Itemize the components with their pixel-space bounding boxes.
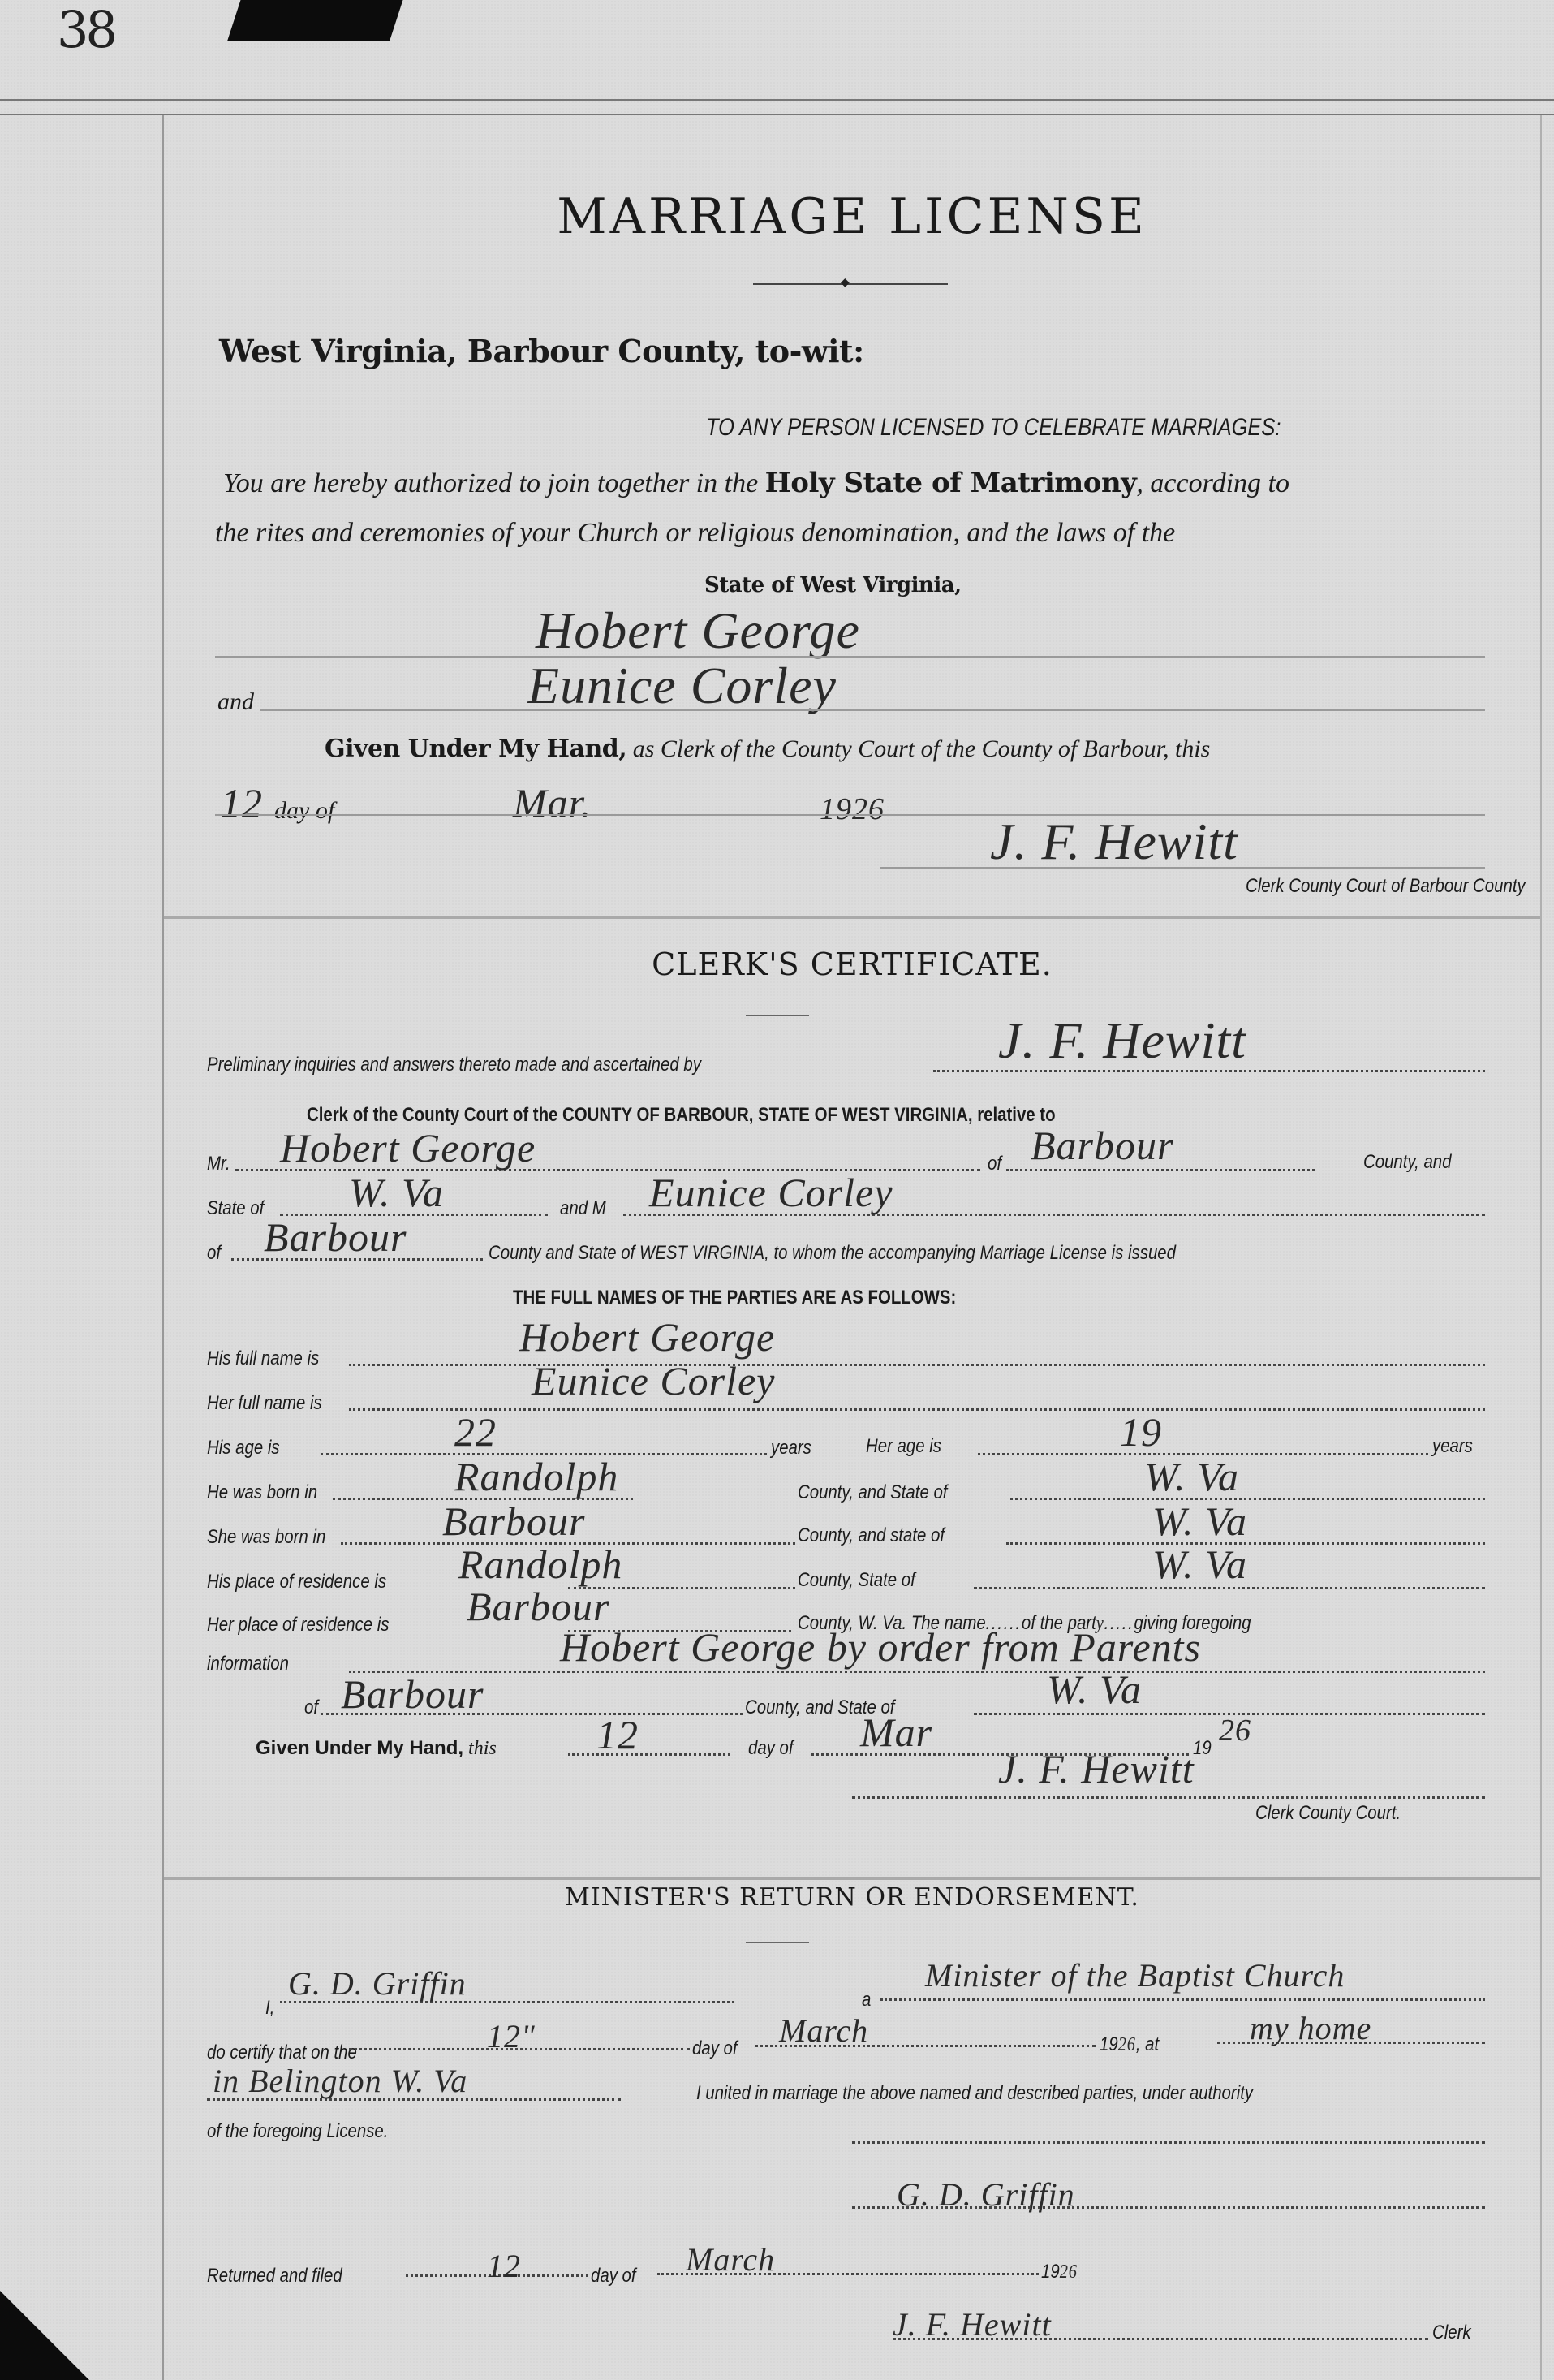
information-value: Hobert George by order from Parents [560, 1623, 1201, 1671]
county-and-label: County, and [1363, 1151, 1451, 1174]
date-line [215, 814, 1485, 816]
clerk-of-county-court-text: as Clerk of the County Court of the Coun… [633, 735, 1211, 762]
info-state: W. Va [1047, 1666, 1142, 1713]
of2-label: of [207, 1242, 221, 1265]
minister-day-of-label: day of [692, 2037, 738, 2060]
full-names-heading: THE FULL NAMES OF THE PARTIES ARE AS FOL… [513, 1287, 956, 1309]
relative-to-line: Clerk of the County Court of the COUNTY … [307, 1104, 1056, 1127]
title-underline [746, 1942, 809, 1943]
header-rule [0, 99, 1554, 101]
returned-month: March [686, 2240, 775, 2279]
her-age-label: Her age is [866, 1435, 941, 1458]
preliminary-signature: J. F. Hewitt [998, 1011, 1246, 1071]
m-county: Barbour [264, 1214, 407, 1261]
issued-line: County and State of WEST VIRGINIA, to wh… [489, 1242, 1176, 1265]
state-of-label: State of [207, 1197, 264, 1220]
state-of-west-virginia: State of West Virginia, [704, 573, 962, 597]
certificate-clerk-signature: J. F. Hewitt [998, 1745, 1195, 1792]
mr-state: W. Va [349, 1169, 444, 1216]
returned-day: 12 [487, 2247, 521, 2285]
section-divider [164, 916, 1540, 919]
he-born-county: Randolph [454, 1453, 618, 1500]
county-and-state-of-label: County, and state of [798, 1524, 945, 1547]
certificate-signature-line [852, 1796, 1485, 1799]
her-full-name-dotted-line [349, 1408, 1485, 1411]
authorization-line-1: You are hereby authorized to join togeth… [223, 467, 1289, 499]
certificate-title: CLERK'S CERTIFICATE. [164, 946, 1540, 982]
he-born-label: He was born in [207, 1481, 317, 1504]
groom-name-handwritten: Hobert George [536, 601, 860, 661]
a-label: a [862, 1989, 871, 2011]
and-label: and [217, 688, 254, 716]
of-label: of [988, 1153, 1001, 1175]
she-born-state: W. Va [1152, 1498, 1247, 1545]
place-value-1: my home [1250, 2009, 1371, 2047]
year-prefix: 19 [1041, 2261, 1060, 2283]
binder-clip-top [227, 0, 405, 41]
years-label: years [771, 1437, 811, 1459]
ornament-divider [753, 283, 948, 285]
this-label: this [468, 1738, 497, 1759]
years-label: years [1432, 1435, 1473, 1458]
at-label: , at [1136, 2033, 1159, 2055]
section-divider [164, 1877, 1540, 1880]
authorization-text: , according to [1136, 468, 1289, 498]
addressee: TO ANY PERSON LICENSED TO CELEBRATE MARR… [706, 414, 1281, 442]
jurisdiction: West Virginia, Barbour County, to-wit: [219, 333, 864, 369]
clerk-signature: J. F. Hewitt [990, 812, 1238, 872]
returned-label: Returned and filed [207, 2265, 342, 2287]
mr-county-dotted-line [1006, 1169, 1315, 1171]
given-under-my-hand: Given Under My Hand, [325, 735, 626, 763]
blank-dotted-line [852, 2141, 1485, 2144]
mr-name: Hobert George [280, 1124, 536, 1171]
information-label: information [207, 1653, 289, 1675]
margin-line [162, 115, 164, 2380]
place-value-2: in Belington W. Va [213, 2062, 467, 2100]
her-full-name-label: Her full name is [207, 1392, 322, 1415]
his-residence-label: His place of residence is [207, 1571, 386, 1593]
foregoing-line: of the foregoing License. [207, 2120, 388, 2143]
given-year-prefix: 19 [1193, 1737, 1212, 1760]
minister-year: 1926, at [1100, 2033, 1159, 2056]
preliminary-label: Preliminary inquiries and answers theret… [207, 1054, 701, 1076]
minister-title: MINISTER'S RETURN OR ENDORSEMENT. [164, 1883, 1540, 1912]
county-state-of-label: County, State of [798, 1569, 915, 1592]
info-county: Barbour [341, 1671, 484, 1718]
her-full-name: Eunice Corley [532, 1357, 775, 1404]
license-year: 1926 [820, 791, 885, 827]
header-rule [0, 114, 1554, 115]
signature-line [880, 867, 1485, 869]
bride-line [260, 709, 1485, 711]
her-age: 19 [1120, 1408, 1162, 1455]
authorization-text: You are hereby authorized to join togeth… [223, 468, 758, 498]
m-name: Eunice Corley [649, 1169, 893, 1216]
given-under-hand-line: Given Under My Hand, as Clerk of the Cou… [325, 735, 1210, 763]
given-under-my-hand-line: Given Under My Hand, this [256, 1737, 497, 1760]
returned-day-of-label: day of [591, 2265, 636, 2287]
returned-year: 1926 [1041, 2261, 1078, 2283]
his-full-name-label: His full name is [207, 1347, 319, 1370]
given-day-of-label: day of [748, 1737, 794, 1760]
information-dotted-line [349, 1671, 1485, 1673]
document-page: 38 MARRIAGE LICENSE West Virginia, Barbo… [0, 0, 1554, 2380]
his-full-name: Hobert George [519, 1313, 775, 1360]
license-title: MARRIAGE LICENSE [164, 188, 1540, 245]
given-month: Mar [860, 1709, 932, 1756]
her-residence-label: Her place of residence is [207, 1614, 390, 1636]
certificate-clerk-caption: Clerk County Court. [1255, 1802, 1401, 1825]
mr-county: Barbour [1031, 1122, 1173, 1169]
his-age: 22 [454, 1408, 497, 1455]
binder-clip-bottom [0, 2291, 89, 2380]
she-born-county: Barbour [442, 1498, 585, 1545]
title-underline [746, 1015, 809, 1016]
clerk-label: Clerk [1432, 2322, 1471, 2344]
page-corner-arc [0, 0, 45, 54]
right-border [1540, 115, 1542, 2380]
clerk-caption: Clerk County Court of Barbour County [1246, 875, 1526, 898]
authorization-line-2: the rites and ceremonies of your Church … [215, 518, 1175, 549]
given-label: Given Under My Hand, [256, 1737, 463, 1759]
united-line: I united in marriage the above named and… [696, 2082, 1253, 2105]
county-and-state-of-label: County, and State of [798, 1481, 947, 1504]
minister-title-dotted-line [880, 1998, 1485, 2001]
minister-month: March [779, 2011, 868, 2050]
bride-name-handwritten: Eunice Corley [527, 656, 837, 716]
minister-church: Minister of the Baptist Church [925, 1956, 1345, 1994]
mr-label: Mr. [207, 1153, 230, 1175]
license-month: Mar. [513, 779, 592, 826]
his-residence-state: W. Va [1152, 1541, 1247, 1588]
and-m-label: and M [560, 1197, 606, 1220]
minister-name: G. D. Griffin [288, 1964, 467, 2003]
given-day: 12 [596, 1711, 639, 1758]
his-age-label: His age is [207, 1437, 280, 1459]
his-residence-county: Randolph [458, 1541, 622, 1588]
given-day-dotted-line [568, 1753, 730, 1756]
given-year-suffix: 26 [1219, 1713, 1251, 1748]
his-full-name-dotted-line [349, 1364, 1485, 1366]
he-born-state: W. Va [1144, 1453, 1239, 1500]
year-prefix: 19 [1100, 2033, 1118, 2055]
year-suffix: 26 [1118, 2034, 1136, 2055]
returned-clerk-line [893, 2338, 1428, 2340]
certify-label: do certify that on the [207, 2042, 357, 2064]
info-of-label: of [304, 1697, 318, 1719]
he-born-state-dotted-line [1010, 1498, 1485, 1500]
holy-state-of-matrimony: Holy State of Matrimony [765, 467, 1137, 499]
page-number: 38 [57, 0, 114, 59]
year-suffix: 26 [1060, 2261, 1078, 2283]
minister-signature-line [852, 2206, 1485, 2209]
day-of-label: day of [274, 797, 334, 825]
minister-day: 12" [487, 2017, 536, 2055]
license-day: 12 [221, 779, 263, 826]
i-label: I, [265, 1997, 274, 2020]
groom-line [215, 656, 1485, 658]
she-born-label: She was born in [207, 1526, 325, 1549]
